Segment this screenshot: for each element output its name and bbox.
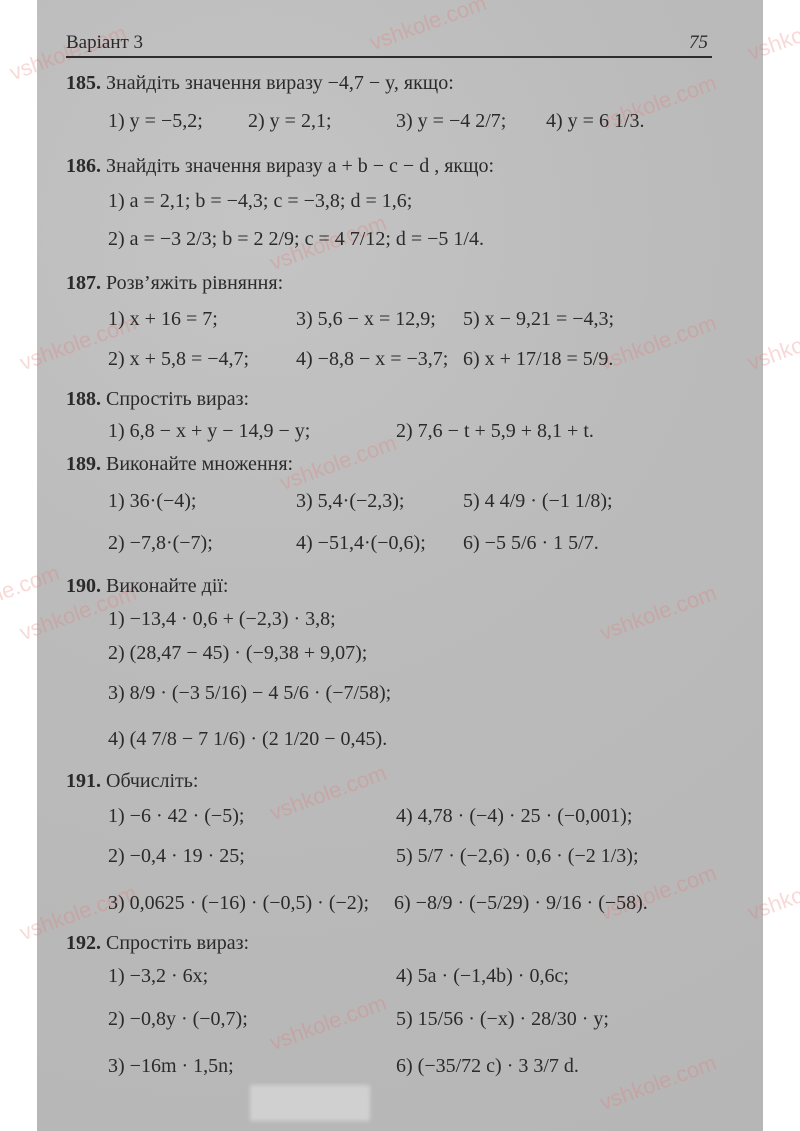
problem-item: 2) (28,47 − 45) · (−9,38 + 9,07); xyxy=(108,642,367,665)
problem-item: 6) −5 5/6 · 1 5/7. xyxy=(463,532,599,555)
problem-item: 1) a = 2,1; b = −4,3; c = −3,8; d = 1,6; xyxy=(108,190,412,213)
problem-190: 190. Виконайте дії: xyxy=(66,575,229,598)
problem-item: 3) 8/9 · (−3 5/16) − 4 5/6 · (−7/58); xyxy=(108,682,391,705)
problem-item: 2) −7,8·(−7); xyxy=(108,532,213,555)
problem-191: 191. Обчисліть: xyxy=(66,770,198,793)
problem-item: 3) −16m · 1,5n; xyxy=(108,1055,234,1078)
problem-item: 3) 0,0625 · (−16) · (−0,5) · (−2); xyxy=(108,892,369,915)
problem-185: 185. Знайдіть значення виразу −4,7 − y, … xyxy=(66,72,454,95)
variant-title: Варіант 3 xyxy=(66,32,143,54)
problem-prompt: Знайдіть значення виразу a + b − c − d ,… xyxy=(106,155,494,177)
problem-item: 1) 6,8 − x + y − 14,9 − y; xyxy=(108,420,310,443)
problem-item: 2) a = −3 2/3; b = 2 2/9; c = 4 7/12; d … xyxy=(108,228,484,251)
problem-item: 4) −51,4·(−0,6); xyxy=(296,532,426,555)
problem-number: 189. xyxy=(66,453,101,475)
problem-item: 4) 4,78 · (−4) · 25 · (−0,001); xyxy=(396,805,632,828)
problem-item: 2) x + 5,8 = −4,7; xyxy=(108,348,249,371)
problem-number: 187. xyxy=(66,272,101,294)
problem-item: 5) x − 9,21 = −4,3; xyxy=(463,308,614,331)
watermark: vshkole.com xyxy=(266,760,390,826)
problem-prompt: Знайдіть значення виразу −4,7 − y, якщо: xyxy=(106,72,454,94)
page-number: 75 xyxy=(689,32,708,54)
scan-smudge xyxy=(250,1085,370,1121)
problem-item: 4) y = 6 1/3. xyxy=(546,110,645,133)
watermark: vshkole.com xyxy=(596,310,720,376)
problem-number: 191. xyxy=(66,770,101,792)
problem-186: 186. Знайдіть значення виразу a + b − c … xyxy=(66,155,494,178)
page-header: Варіант 3 75 xyxy=(66,30,712,58)
problem-item: 6) (−35/72 c) · 3 3/7 d. xyxy=(396,1055,579,1078)
problem-number: 188. xyxy=(66,388,101,410)
problem-item: 1) −13,4 · 0,6 + (−2,3) · 3,8; xyxy=(108,608,336,631)
problem-item: 6) −8/9 · (−5/29) · 9/16 · (−58). xyxy=(394,892,648,915)
problem-item: 1) −3,2 · 6x; xyxy=(108,965,208,988)
watermark: vshkole.com xyxy=(596,580,720,646)
problem-item: 6) x + 17/18 = 5/9. xyxy=(463,348,613,371)
problem-item: 3) y = −4 2/7; xyxy=(396,110,506,133)
problem-item: 2) 7,6 − t + 5,9 + 8,1 + t. xyxy=(396,420,594,443)
problem-number: 186. xyxy=(66,155,101,177)
problem-number: 190. xyxy=(66,575,101,597)
watermark: vshkole.com xyxy=(266,990,390,1056)
problem-item: 2) −0,8y · (−0,7); xyxy=(108,1008,248,1031)
problem-item: 3) 5,4·(−2,3); xyxy=(296,490,404,513)
problem-item: 4) (4 7/8 − 7 1/6) · (2 1/20 − 0,45). xyxy=(108,728,387,751)
problem-prompt: Виконайте множення: xyxy=(106,453,293,475)
problem-number: 185. xyxy=(66,72,101,94)
problem-prompt: Спростіть вираз: xyxy=(106,388,249,410)
problem-item: 1) 36·(−4); xyxy=(108,490,196,513)
problem-prompt: Обчисліть: xyxy=(106,770,198,792)
problem-prompt: Спростіть вираз: xyxy=(106,932,249,954)
problem-item: 1) −6 · 42 · (−5); xyxy=(108,805,244,828)
problem-item: 3) 5,6 − x = 12,9; xyxy=(296,308,436,331)
problem-189: 189. Виконайте множення: xyxy=(66,453,293,476)
problem-item: 2) y = 2,1; xyxy=(248,110,332,133)
problem-item: 2) −0,4 · 19 · 25; xyxy=(108,845,245,868)
problem-187: 187. Розв’яжіть рівняння: xyxy=(66,272,283,295)
problem-188: 188. Спростіть вираз: xyxy=(66,388,249,411)
problem-number: 192. xyxy=(66,932,101,954)
problem-item: 5) 4 4/9 · (−1 1/8); xyxy=(463,490,613,513)
problem-item: 1) x + 16 = 7; xyxy=(108,308,218,331)
problem-item: 4) 5a · (−1,4b) · 0,6c; xyxy=(396,965,569,988)
problem-item: 5) 5/7 · (−2,6) · 0,6 · (−2 1/3); xyxy=(396,845,639,868)
watermark: vshkole.com xyxy=(596,1050,720,1116)
problem-item: 1) y = −5,2; xyxy=(108,110,203,133)
problem-item: 5) 15/56 · (−x) · 28/30 · y; xyxy=(396,1008,609,1031)
problem-192: 192. Спростіть вираз: xyxy=(66,932,249,955)
problem-prompt: Виконайте дії: xyxy=(106,575,229,597)
problem-prompt: Розв’яжіть рівняння: xyxy=(106,272,283,294)
problem-item: 4) −8,8 − x = −3,7; xyxy=(296,348,448,371)
